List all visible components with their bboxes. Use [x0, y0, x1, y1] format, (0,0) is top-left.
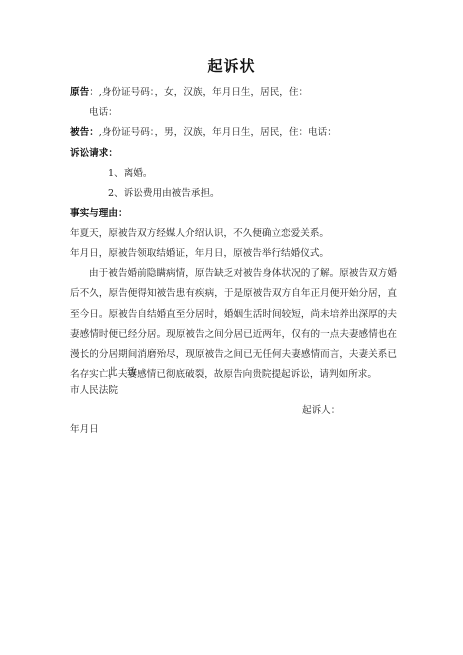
facts-heading: 事实与理由：	[70, 208, 128, 220]
signature-label: 起诉人：	[302, 405, 340, 417]
facts-line-2: 年月日，原被告领取结婚证，年月日，原被告举行结婚仪式。	[70, 248, 329, 260]
defendant-details: ,身份证号码：，男，汉族，年月日生，居民，住：电话：	[99, 127, 337, 138]
defendant-colon: ：	[89, 127, 99, 138]
document-title: 起诉状	[0, 55, 463, 76]
claims-heading: 诉讼请求：	[70, 148, 118, 160]
plaintiff-label: 原告	[70, 87, 89, 98]
court-name: 市人民法院	[70, 385, 118, 397]
date-line: 年月日	[70, 424, 99, 436]
defendant-label: 被告	[70, 127, 89, 138]
plaintiff-colon: ：	[89, 87, 99, 98]
plaintiff-details: ,身份证号码：，女，汉族，年月日生，居民，住：	[99, 87, 308, 98]
plaintiff-phone: 电话：	[89, 107, 118, 119]
closing-salutation: 此 致	[108, 367, 137, 379]
plaintiff-line: 原告：,身份证号码：，女，汉族，年月日生，居民，住：	[70, 87, 308, 99]
claim-item: 2、诉讼费用由被告承担。	[108, 188, 220, 200]
defendant-line: 被告：,身份证号码：，男，汉族，年月日生，居民，住：电话：	[70, 127, 337, 139]
claim-item: 1、离婚。	[108, 168, 152, 180]
facts-line-1: 年夏天，原被告双方经媒人介绍认识，不久便确立恋爱关系。	[70, 228, 329, 240]
